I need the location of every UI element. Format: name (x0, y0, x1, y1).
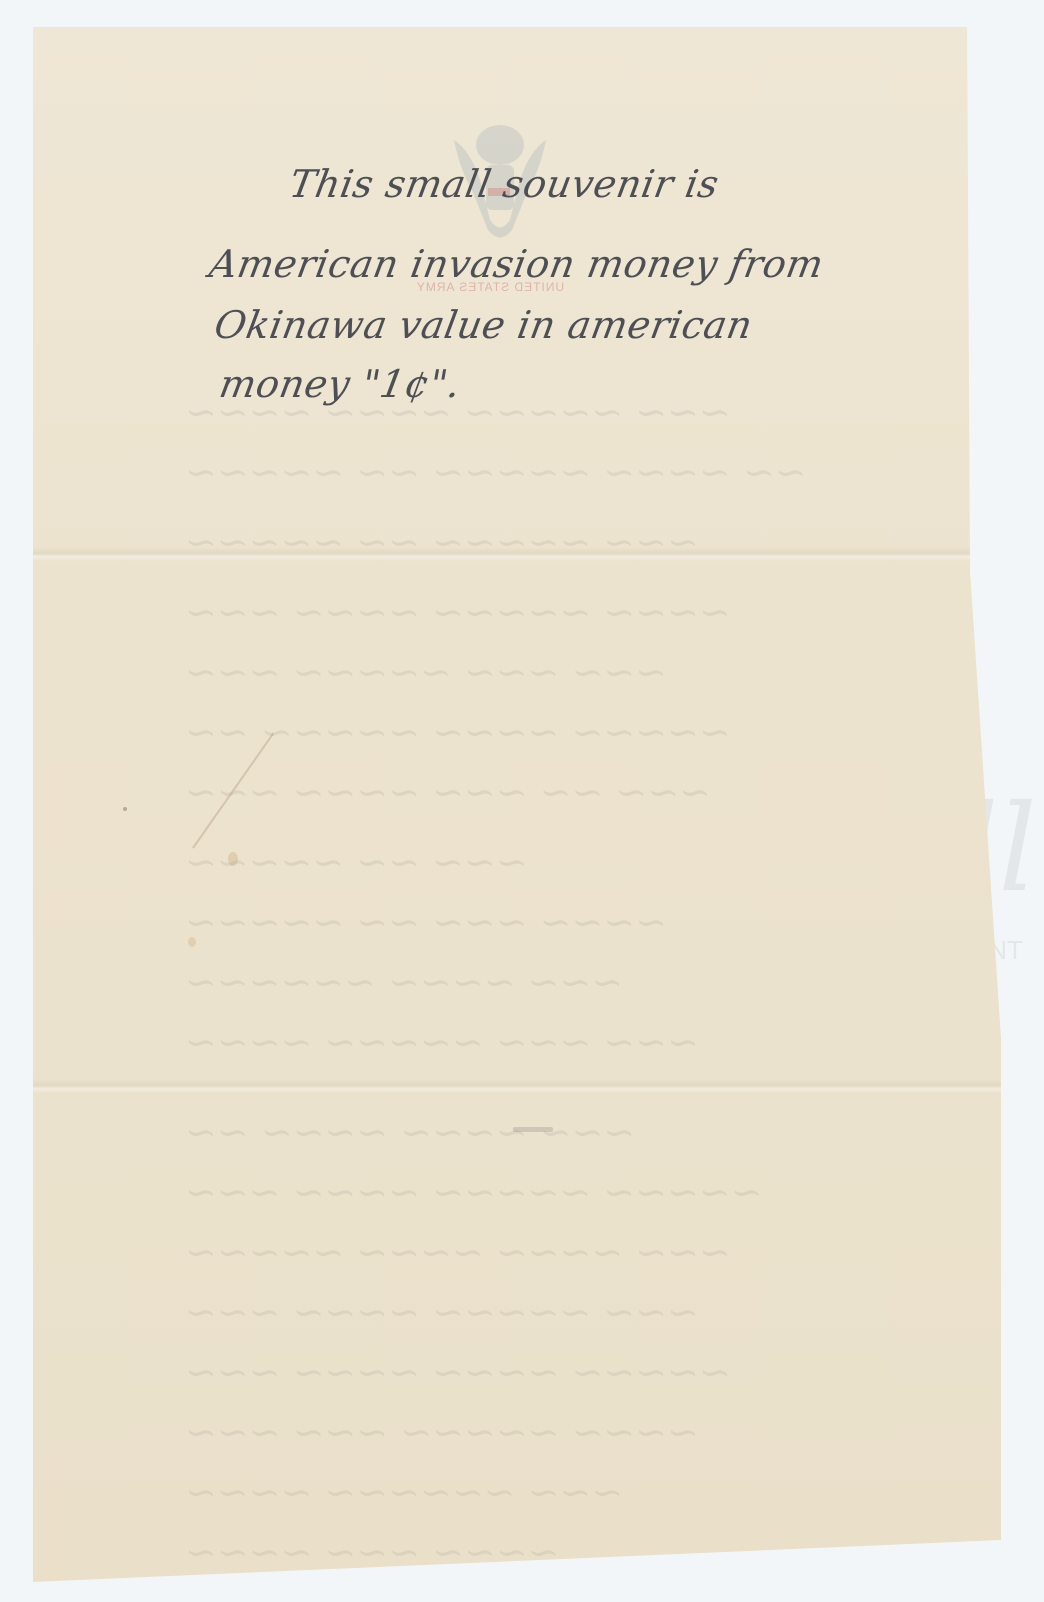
reverse-writing-line: ~~~ ~~ ~~~~~ (185, 840, 528, 884)
reverse-writing-line: ~~~~ ~~~~~ ~~~ ~~~ (185, 1410, 699, 1454)
reverse-writing-line: ~~~~ ~~~ ~~~~ (185, 1530, 559, 1574)
reverse-writing-line: ~~~ ~~~ ~~~~~ ~~~~ (185, 1020, 699, 1064)
reverse-writing-line: ~~~ ~~~~ ~~~~ ~~~~~ (185, 1230, 731, 1274)
reverse-writing-line: ~~~ ~~~~ ~~~~~~ (185, 960, 623, 1004)
note-line-2: American invasion money from (206, 242, 827, 286)
reverse-writing-line: ~~~~~ ~~~~ ~~~~ ~~~ (185, 1350, 731, 1394)
reverse-writing-line: ~~~~~ ~~~~~ ~~~~ ~~~ (185, 1170, 763, 1214)
note-line-1: This small souvenir is (286, 162, 722, 206)
fold-line-lower (33, 1079, 1001, 1093)
reverse-writing-line: ~~~ ~~~~~~ ~~~~ (185, 1470, 623, 1514)
reverse-writing-line: ~~~~ ~~~~~ ~~~~ ~~~ (185, 590, 731, 634)
stain-spot (123, 807, 127, 811)
reverse-writing-line: ~~~ ~~~ ~~~~~ ~~~ (185, 650, 667, 694)
reverse-writing-line: ~~~~~ ~~~~ ~~~~~ ~~ (185, 710, 731, 754)
reverse-writing-line: ~~~ ~~~~ ~~~~ ~~ (185, 1110, 635, 1154)
reverse-writing-line: ~~~ ~~~~~ ~~~~ ~~~ (185, 1290, 699, 1334)
reverse-writing-line: ~~~ ~~~~~ ~~ ~~~~~ (185, 520, 699, 564)
note-line-4: money "1¢". (216, 362, 464, 406)
note-line-3: Okinawa value in american (211, 303, 756, 347)
reverse-writing-line: ~~~ ~~ ~~~ ~~~~ ~~~ (185, 770, 711, 814)
reverse-writing-line: ~~~~ ~~~ ~~ ~~~~~ (185, 900, 667, 944)
reverse-writing-line: ~~ ~~~~ ~~~~~ ~~ ~~~~~ (185, 450, 806, 494)
